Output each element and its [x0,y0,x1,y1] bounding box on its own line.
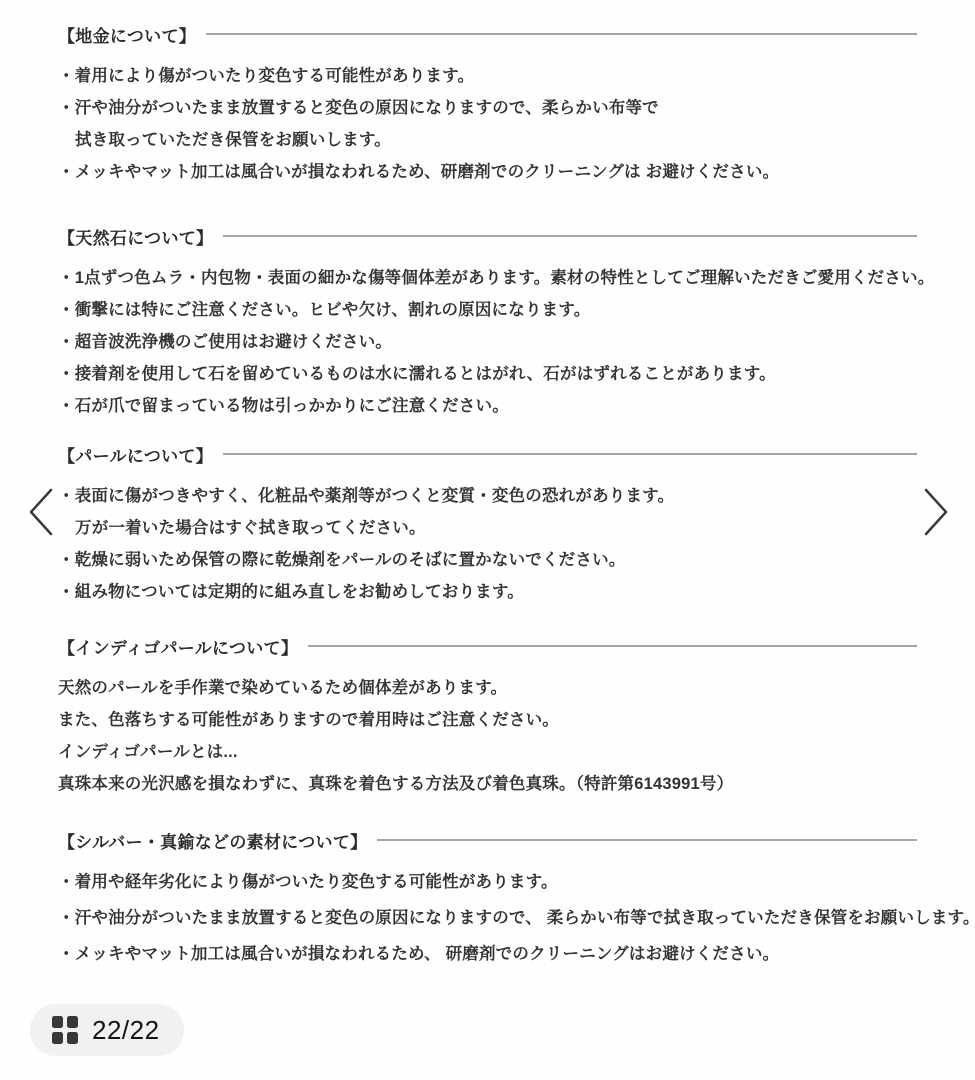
section-rule-line [377,839,917,841]
section-silver-brass: 【シルバー・真鍮などの素材について】 ・着用や経年劣化により傷がついたり変色する… [58,830,917,964]
product-image-viewer: 【地金について】 ・着用により傷がついたり変色する可能性があります。 ・汗や油分… [0,0,975,1080]
care-note-line: ・表面に傷がつきやすく、化粧品や薬剤等がつくと変質・変色の恐れがあります。 [58,486,917,506]
section-header: 【地金について】 [58,24,917,44]
chevron-left-icon [27,487,55,540]
care-note-line: 天然のパールを手作業で染めているため個体差があります。 [58,678,917,698]
section-header: 【シルバー・真鍮などの素材について】 [58,830,917,850]
image-counter-label: 22/22 [92,1015,160,1046]
care-note-line: ・1点ずつ色ムラ・内包物・表面の細かな傷等個体差があります。素材の特性としてご理… [58,268,917,288]
care-note-line: ・乾燥に弱いため保管の際に乾燥剤をパールのそばに置かないでください。 [58,550,917,570]
care-note-line: また、色落ちする可能性がありますので着用時はご注意ください。 [58,710,917,730]
section-rule-line [223,453,917,455]
section-title: 【地金について】 [58,22,196,47]
image-counter-badge[interactable]: 22/22 [30,1004,184,1056]
section-header: 【パールについて】 [58,444,917,464]
section-pearl: 【パールについて】 ・表面に傷がつきやすく、化粧品や薬剤等がつくと変質・変色の恐… [58,444,917,602]
care-note-line: ・組み物については定期的に組み直しをお勧めしております。 [58,582,917,602]
section-title: 【インディゴパールについて】 [58,634,298,659]
section-header: 【インディゴパールについて】 [58,636,917,656]
section-rule-line [308,645,917,647]
care-note-line: ・汗や油分がついたまま放置すると変色の原因になりますので、柔らかい布等で [58,98,917,118]
section-rule-line [206,33,917,35]
care-note-line: インディゴパールとは... [58,742,917,762]
care-note-line: 真珠本来の光沢感を損なわずに、真珠を着色する方法及び着色真珠。（特許第61439… [58,774,917,794]
section-title: 【シルバー・真鍮などの素材について】 [58,828,367,853]
section-jigane: 【地金について】 ・着用により傷がついたり変色する可能性があります。 ・汗や油分… [58,24,917,182]
care-note-line: 拭き取っていただき保管をお願いします。 [58,130,917,150]
care-note-line: ・着用により傷がついたり変色する可能性があります。 [58,66,917,86]
care-instructions-image: 【地金について】 ・着用により傷がついたり変色する可能性があります。 ・汗や油分… [0,0,975,980]
section-title: 【天然石について】 [58,224,213,249]
chevron-right-icon [922,487,950,540]
care-note-line: ・超音波洗浄機のご使用はお避けください。 [58,332,917,352]
next-image-button[interactable] [919,486,953,540]
care-note-line: ・接着剤を使用して石を留めているものは水に濡れるとはがれ、石がはずれることがあり… [58,364,917,384]
section-rule-line [223,235,917,237]
section-header: 【天然石について】 [58,226,917,246]
care-note-line: ・石が爪で留まっている物は引っかかりにご注意ください。 [58,396,917,416]
section-tennenseki: 【天然石について】 ・1点ずつ色ムラ・内包物・表面の細かな傷等個体差があります。… [58,226,917,416]
care-note-line: ・着用や経年劣化により傷がついたり変色する可能性があります。 [58,872,917,892]
section-indigo-pearl: 【インディゴパールについて】 天然のパールを手作業で染めているため個体差がありま… [58,636,917,794]
care-note-line: ・汗や油分がついたまま放置すると変色の原因になりますので、 柔らかい布等で拭き取… [58,908,917,928]
prev-image-button[interactable] [24,486,58,540]
section-title: 【パールについて】 [58,442,213,467]
care-note-line: 万が一着いた場合はすぐ拭き取ってください。 [58,518,917,538]
care-note-line: ・衝撃には特にご注意ください。ヒビや欠け、割れの原因になります。 [58,300,917,320]
care-note-line: ・メッキやマット加工は風合いが損なわれるため、研磨剤でのクリーニングは お避けく… [58,162,917,182]
grid-icon [52,1016,78,1044]
care-note-line: ・メッキやマット加工は風合いが損なわれるため、 研磨剤でのクリーニングはお避けく… [58,944,917,964]
